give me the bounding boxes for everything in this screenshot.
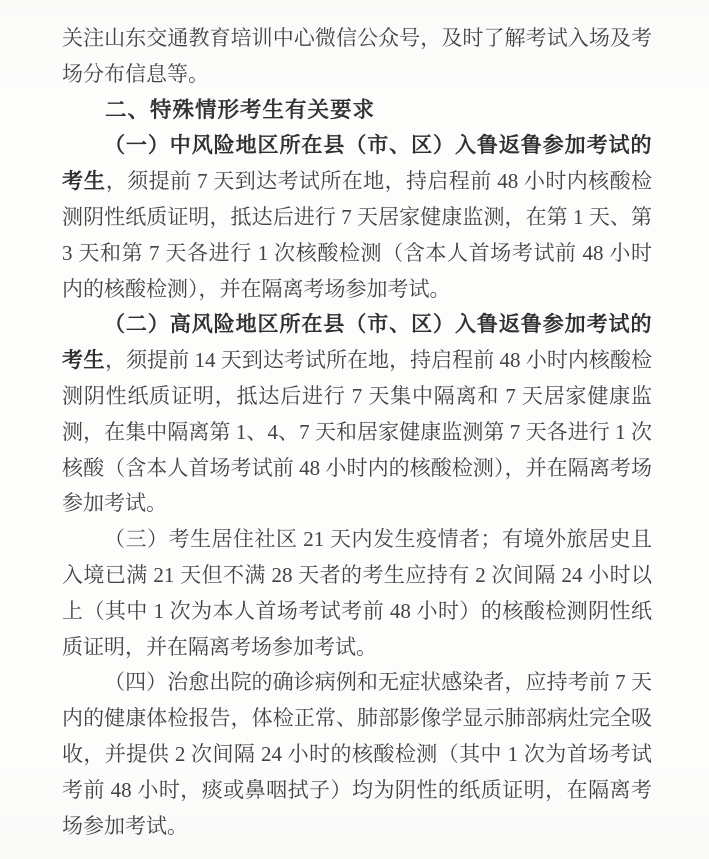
requirement-4-body: （四）治愈出院的确诊病例和无症状感染者，应持考前 7 天内的健康体检报告，体检正… [62,670,652,837]
requirement-3-body: （三）考生居住社区 21 天内发生疫情者；有境外旅居史且入境已满 21 天但不满… [62,527,652,658]
requirement-1-body: ，须提前 7 天到达考试所在地，持启程前 48 小时内核酸检测阴性纸质证明，抵达… [62,169,652,300]
intro-text: 关注山东交通教育培训中心微信公众号，及时了解考试入场及考场分布信息等。 [62,26,652,86]
intro-paragraph: 关注山东交通教育培训中心微信公众号，及时了解考试入场及考场分布信息等。 [62,21,652,93]
requirement-paragraph-2: （二）高风险地区所在县（市、区）入鲁返鲁参加考试的考生，须提前 14 天到达考试… [62,307,652,522]
section-heading: 二、特殊情形考生有关要求 [62,93,652,129]
scanned-document-page: 关注山东交通教育培训中心微信公众号，及时了解考试入场及考场分布信息等。 二、特殊… [0,0,709,859]
requirement-paragraph-1: （一）中风险地区所在县（市、区）入鲁返鲁参加考试的考生，须提前 7 天到达考试所… [62,128,652,307]
requirement-paragraph-4: （四）治愈出院的确诊病例和无症状感染者，应持考前 7 天内的健康体检报告，体检正… [62,665,652,844]
requirement-paragraph-3: （三）考生居住社区 21 天内发生疫情者；有境外旅居史且入境已满 21 天但不满… [62,522,652,665]
requirement-2-body: ，须提前 14 天到达考试所在地，持启程前 48 小时内核酸检测阴性纸质证明，抵… [62,348,652,515]
